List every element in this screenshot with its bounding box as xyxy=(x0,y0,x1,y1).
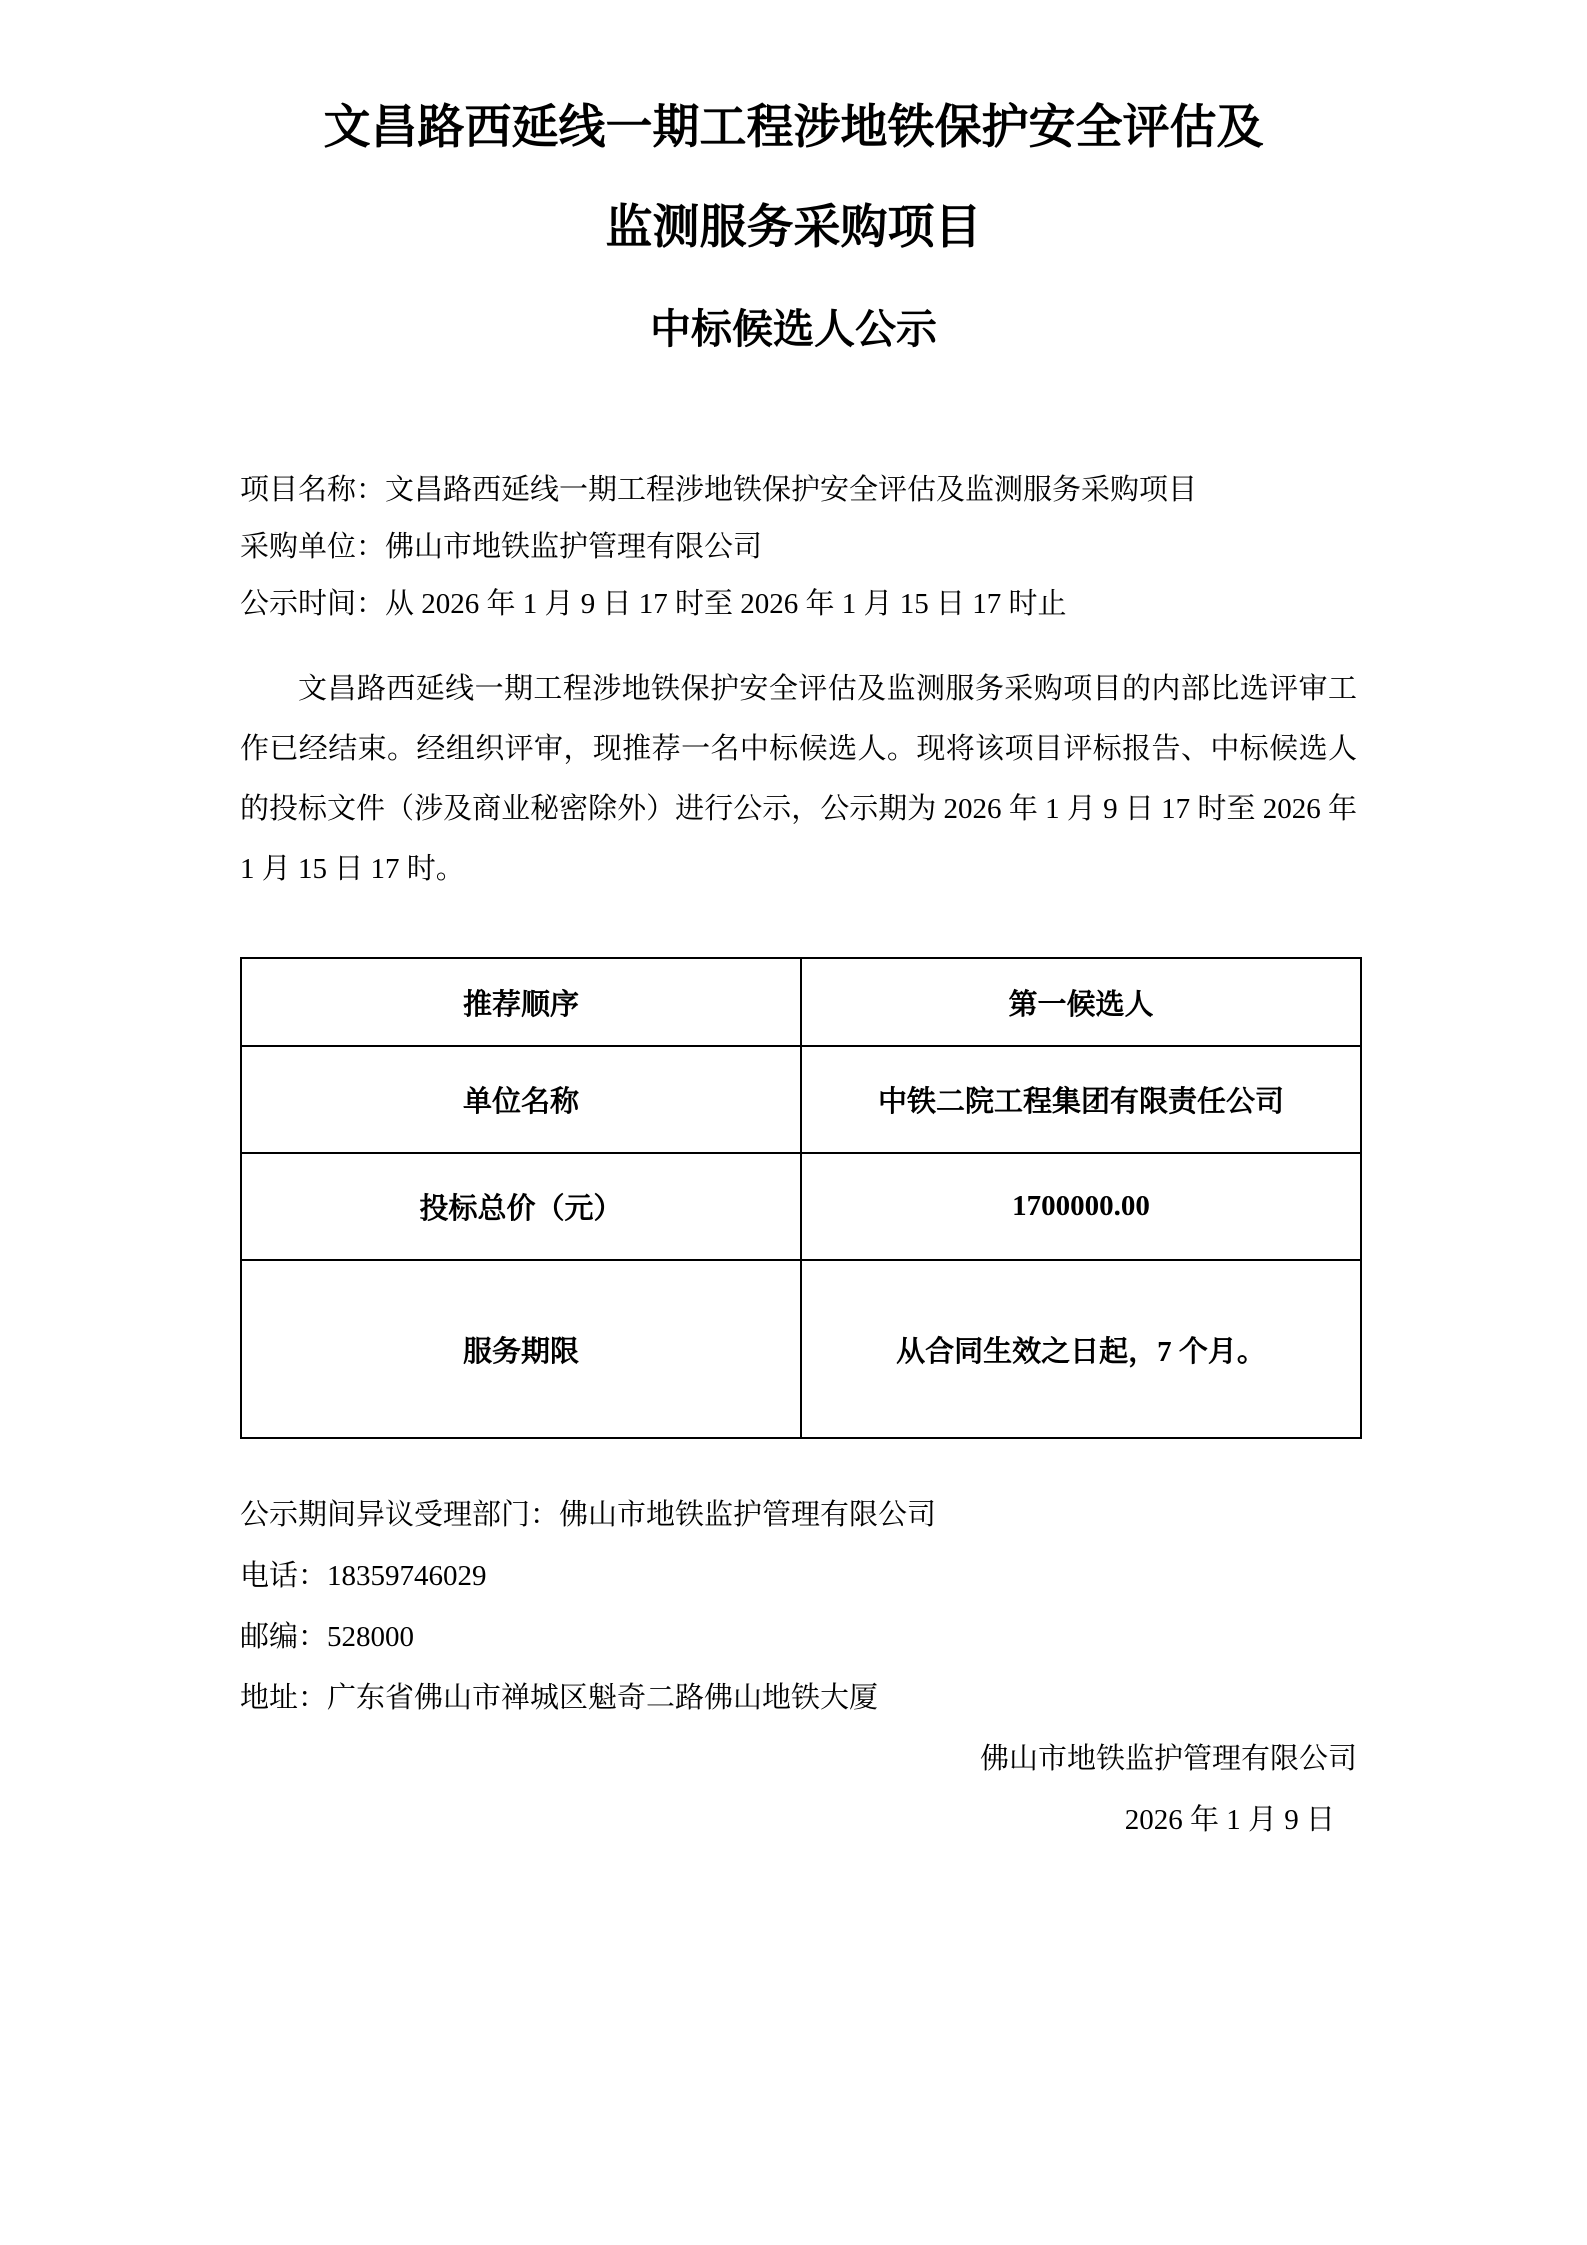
table-cell-label: 单位名称 xyxy=(241,1046,801,1153)
table-cell-value: 中铁二院工程集团有限责任公司 xyxy=(801,1046,1361,1153)
title-line-3: 中标候选人公示 xyxy=(0,278,1587,380)
table-cell-value: 从合同生效之日起，7 个月。 xyxy=(801,1260,1361,1438)
table-row-bid-price: 投标总价（元） 1700000.00 xyxy=(241,1153,1361,1260)
signature-date: 2026 年 1 月 9 日 xyxy=(240,1790,1357,1851)
table-cell-value: 1700000.00 xyxy=(801,1153,1361,1260)
document-title: 文昌路西延线一期工程涉地铁保护安全评估及 监测服务采购项目 中标候选人公示 xyxy=(0,78,1587,380)
meta-project-name: 项目名称：文昌路西延线一期工程涉地铁保护安全评估及监测服务采购项目 xyxy=(240,462,1357,519)
contact-address: 地址：广东省佛山市禅城区魁奇二路佛山地铁大厦 xyxy=(240,1668,1357,1729)
table-cell-value: 第一候选人 xyxy=(801,958,1361,1046)
table-cell-label: 推荐顺序 xyxy=(241,958,801,1046)
signature-company: 佛山市地铁监护管理有限公司 xyxy=(240,1729,1357,1790)
contact-phone: 电话：18359746029 xyxy=(240,1546,1357,1607)
document-body: 项目名称：文昌路西延线一期工程涉地铁保护安全评估及监测服务采购项目 采购单位：佛… xyxy=(240,462,1357,1851)
meta-purchaser: 采购单位：佛山市地铁监护管理有限公司 xyxy=(240,519,1357,576)
contact-block: 公示期间异议受理部门：佛山市地铁监护管理有限公司 电话：18359746029 … xyxy=(240,1485,1357,1851)
title-line-1: 文昌路西延线一期工程涉地铁保护安全评估及 xyxy=(0,78,1587,178)
announcement-paragraph: 文昌路西延线一期工程涉地铁保护安全评估及监测服务采购项目的内部比选评审工作已经结… xyxy=(240,659,1357,899)
table-cell-label: 服务期限 xyxy=(241,1260,801,1438)
table-cell-label: 投标总价（元） xyxy=(241,1153,801,1260)
meta-info-block: 项目名称：文昌路西延线一期工程涉地铁保护安全评估及监测服务采购项目 采购单位：佛… xyxy=(240,462,1357,633)
announcement-page: 文昌路西延线一期工程涉地铁保护安全评估及 监测服务采购项目 中标候选人公示 项目… xyxy=(0,0,1587,2245)
table-row-recommend-order: 推荐顺序 第一候选人 xyxy=(241,958,1361,1046)
contact-objection-dept: 公示期间异议受理部门：佛山市地铁监护管理有限公司 xyxy=(240,1485,1357,1546)
contact-postcode: 邮编：528000 xyxy=(240,1607,1357,1668)
table-row-service-period: 服务期限 从合同生效之日起，7 个月。 xyxy=(241,1260,1361,1438)
title-line-2: 监测服务采购项目 xyxy=(0,178,1587,278)
meta-publicity-period: 公示时间：从 2026 年 1 月 9 日 17 时至 2026 年 1 月 1… xyxy=(240,576,1357,633)
candidate-table: 推荐顺序 第一候选人 单位名称 中铁二院工程集团有限责任公司 投标总价（元） 1… xyxy=(240,957,1362,1439)
table-row-company-name: 单位名称 中铁二院工程集团有限责任公司 xyxy=(241,1046,1361,1153)
